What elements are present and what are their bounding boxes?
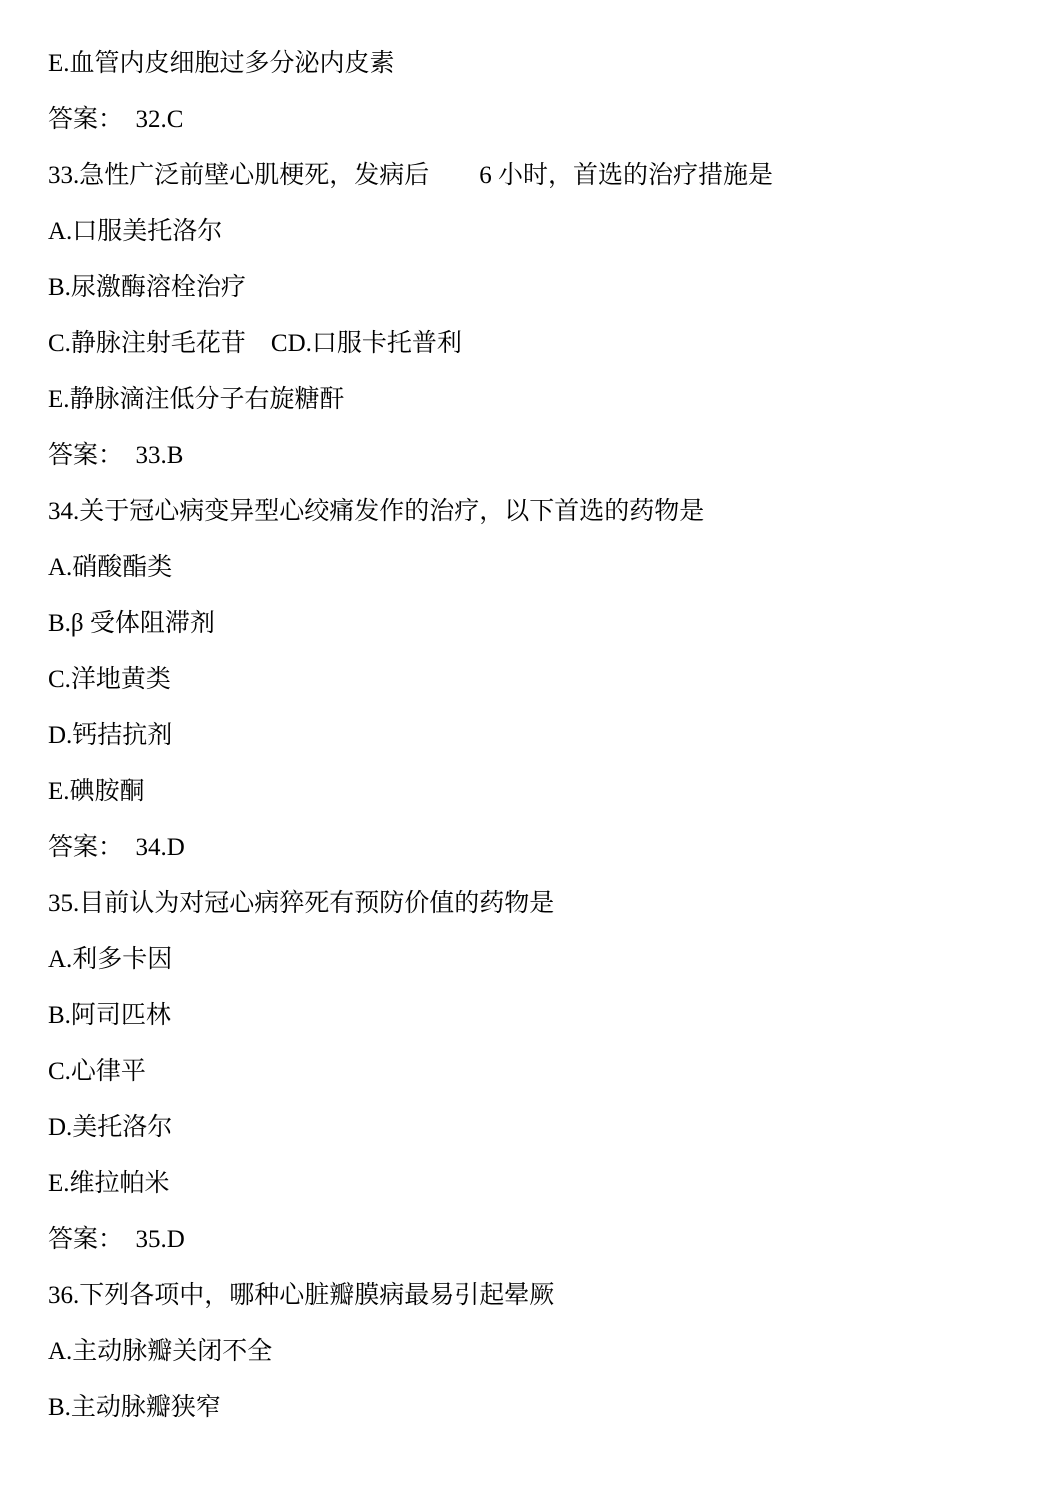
option-line: B.阿司匹林 — [48, 988, 1032, 1044]
question-line: 36.下列各项中，哪种心脏瓣膜病最易引起晕厥 — [48, 1268, 1032, 1324]
option-line: C.静脉注射毛花苷 CD.口服卡托普利 — [48, 316, 1032, 372]
option-line: B.主动脉瓣狭窄 — [48, 1380, 1032, 1436]
document-page: E.血管内皮细胞过多分泌内皮素 答案： 32.C 33.急性广泛前壁心肌梗死，发… — [0, 0, 1062, 1503]
option-line: B.β 受体阻滞剂 — [48, 596, 1032, 652]
option-line: A.硝酸酯类 — [48, 540, 1032, 596]
answer-line: 答案： 35.D — [48, 1212, 1032, 1268]
option-line: E.维拉帕米 — [48, 1156, 1032, 1212]
option-line: A.主动脉瓣关闭不全 — [48, 1324, 1032, 1380]
question-line: 35.目前认为对冠心病猝死有预防价值的药物是 — [48, 876, 1032, 932]
question-line: 33.急性广泛前壁心肌梗死，发病后 6 小时，首选的治疗措施是 — [48, 148, 1032, 204]
answer-line: 答案： 33.B — [48, 428, 1032, 484]
answer-line: 答案： 34.D — [48, 820, 1032, 876]
question-list: E.血管内皮细胞过多分泌内皮素 答案： 32.C 33.急性广泛前壁心肌梗死，发… — [48, 36, 1032, 1436]
option-line: E.碘胺酮 — [48, 764, 1032, 820]
option-line: C.心律平 — [48, 1044, 1032, 1100]
question-line: 34.关于冠心病变异型心绞痛发作的治疗，以下首选的药物是 — [48, 484, 1032, 540]
option-line: B.尿激酶溶栓治疗 — [48, 260, 1032, 316]
option-line: E.静脉滴注低分子右旋糖酐 — [48, 372, 1032, 428]
option-line: D.美托洛尔 — [48, 1100, 1032, 1156]
answer-line: 答案： 32.C — [48, 92, 1032, 148]
option-line: E.血管内皮细胞过多分泌内皮素 — [48, 36, 1032, 92]
option-line: C.洋地黄类 — [48, 652, 1032, 708]
option-line: A.口服美托洛尔 — [48, 204, 1032, 260]
option-line: D.钙拮抗剂 — [48, 708, 1032, 764]
option-line: A.利多卡因 — [48, 932, 1032, 988]
